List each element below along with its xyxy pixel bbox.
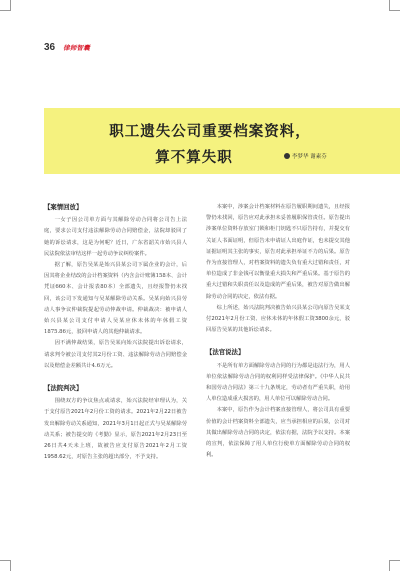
crop-mark-top-left [0, 0, 11, 11]
left-column: 【案情回放】 一女子因公司单方面与其解除劳动合同将公司告上法庭，要求公司支付违法… [44, 202, 187, 463]
paragraph: 一女子因公司单方面与其解除劳动合同将公司告上法庭，要求公司支付违法解除劳动合同赔… [44, 215, 187, 260]
section-heading-case-review: 【案情回放】 [44, 202, 187, 213]
author-byline: 李梦华 谢素芬 [284, 152, 327, 160]
title-banner: 职工遗失公司重要档案资料， 算不算失职 李梦华 谢素芬 [44, 108, 400, 174]
article-title-line1: 职工遗失公司重要档案资料， [50, 120, 370, 141]
page-number: 36 [44, 42, 55, 53]
paragraph: 本案中，原告作为会计档案直接管理人，将公司具有重要价值的会计档案资料全部遗失，应… [206, 405, 350, 461]
paragraph: 不是所有单方面解除劳动合同的行为都是违法行为，用人单位依法解除劳动合同的权利同样… [206, 361, 350, 406]
paragraph: 据了解，原告吴某是始兴县某公司下属企业的会计，后因其将企业结改的会计档案资料（内… [44, 260, 187, 338]
paragraph: 本案中，涉案会计档案材料在原告履职期间遗失，且经报警仍未找回，原告应对此承担未妥… [206, 202, 350, 303]
author-names: 李梦华 谢素芬 [292, 152, 327, 160]
right-column: 本案中，涉案会计档案材料在原告履职期间遗失，且经报警仍未找回，原告应对此承担未妥… [206, 202, 350, 461]
paragraph: 因不满仲裁结果，原告吴某向始兴法院提出诉讼请求，请求判令被公司支付其2月份工资、… [44, 338, 187, 372]
page-header: 36 律师智囊 [44, 42, 90, 53]
author-bullet-icon [284, 153, 290, 159]
paragraph: 综上所述，始兴法院判决被告始兴县某公司向原告吴某支付2021年2月份工资、应休未… [206, 303, 350, 337]
paragraph: 围绕双方的争议焦点或请求，始兴法院经审理认为，关于支付原告2021年2月份工资的… [44, 396, 187, 463]
column-brand: 律师智囊 [63, 43, 90, 52]
crop-mark-top-right [389, 0, 400, 11]
crop-mark-bottom-right [389, 560, 400, 571]
crop-mark-bottom-left [0, 560, 11, 571]
section-heading-court-ruling: 【法院判决】 [44, 383, 187, 394]
section-heading-judge-commentary: 【法官说法】 [206, 347, 350, 358]
